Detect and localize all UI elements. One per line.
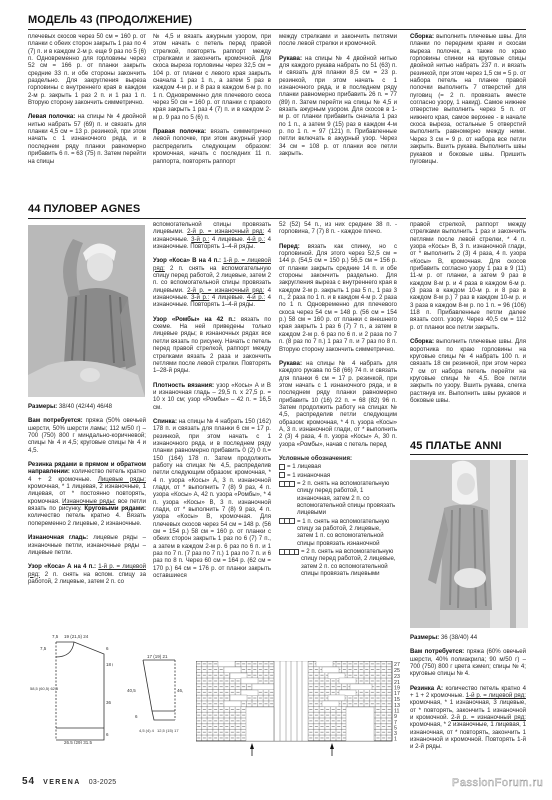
model45-photo bbox=[410, 460, 528, 628]
materials: Вам потребуется: пряжа (60% овечьей шерс… bbox=[410, 648, 526, 677]
svg-text:1: 1 bbox=[394, 737, 397, 743]
model43-col4: Сборка: выполнить плечевые швы. Для план… bbox=[410, 33, 526, 172]
model44-title: 44 ПУЛОВЕР AGNES bbox=[28, 203, 140, 215]
svg-text:58,5 (60,5) 62,5: 58,5 (60,5) 62,5 bbox=[30, 686, 59, 691]
chart-grid: 27 25 23 21 19 17 15 13 11 9 7 5 3 1 bbox=[196, 661, 407, 757]
svg-text:36: 36 bbox=[106, 700, 112, 705]
legend: Условные обозначения: = 1 лицевая = 1 из… bbox=[279, 455, 397, 578]
svg-text:6: 6 bbox=[135, 714, 138, 719]
text-paragraph: Сборка: выполнить плечевые швы. Для план… bbox=[410, 33, 526, 165]
svg-text:40,5: 40,5 bbox=[127, 688, 136, 693]
legend-item: = 1 лицевая bbox=[279, 463, 397, 470]
section-label: Правая полочка: bbox=[153, 128, 206, 135]
model45-title: 45 ПЛАТЬЕ ANNI bbox=[410, 440, 502, 452]
sleeve-schematic: 17 (19) 21 40,5 46,5 6 4,5 (4) 4 12,5 (1… bbox=[123, 652, 183, 742]
text-paragraph: плечевых скосов через 50 см = 160 р. от … bbox=[28, 33, 146, 106]
section-label: Сборка: bbox=[410, 33, 434, 40]
legend-title: Условные обозначения: bbox=[279, 455, 397, 462]
knit-symbol-icon bbox=[279, 464, 285, 470]
model-photo-illustration bbox=[28, 225, 145, 397]
text-paragraph: правой стрелкой, раппорт между стрелками… bbox=[410, 221, 526, 331]
model44-col2: вспомогательной спицы провязать лицевыми… bbox=[153, 221, 271, 586]
gauge: Плотность вязания: узор «Косы» А и В и и… bbox=[153, 382, 271, 411]
model44-col1: Размеры: 38/40 (42/44) 46/48 Вам потребу… bbox=[28, 403, 146, 592]
section-label: Левая полочка: bbox=[28, 113, 75, 120]
legend-item: = 2 п. снять на вспомогательную спицу пе… bbox=[279, 548, 397, 577]
text-paragraph: Левая полочка: на спицы № 4 двойной нить… bbox=[28, 113, 146, 164]
cable-cross-2x2-icon bbox=[279, 549, 299, 555]
rib-a-pattern: Резинка А: количество петель кратно 4 + … bbox=[410, 685, 526, 751]
cable-cross-back-icon bbox=[279, 518, 295, 524]
sleeves-instructions: Рукава: на спицы № 4 набрать для каждого… bbox=[279, 360, 397, 448]
reverse-stockinette: Изнаночная гладь: лицевые ряды – изнаноч… bbox=[28, 534, 146, 556]
model43-col2: № 4,5 и вязать ажурным узором, при этом … bbox=[153, 33, 271, 172]
svg-text:6: 6 bbox=[106, 646, 109, 651]
back-instructions: Спинка: на спицы № 4 набрать 150 (162) 1… bbox=[153, 418, 271, 580]
model44-photo bbox=[28, 225, 145, 397]
watermark: PassionForum.ru bbox=[452, 780, 543, 787]
legend-item: = 1 п. снять на вспомогательную спицу за… bbox=[279, 518, 397, 547]
text-paragraph: между стрелками и закончить петлями посл… bbox=[279, 33, 397, 48]
text-paragraph: Правая полочка: вязать симметрично левой… bbox=[153, 128, 271, 165]
model44-col4: правой стрелкой, раппорт между стрелками… bbox=[410, 221, 526, 411]
svg-text:7,5: 7,5 bbox=[52, 634, 59, 639]
page-number: 54 bbox=[22, 778, 35, 785]
title-rule bbox=[28, 218, 526, 219]
cable-b-pattern: Узор «Коса» В на 4 п.: 1-й р. = лицевой … bbox=[153, 257, 271, 308]
svg-text:6: 6 bbox=[106, 732, 109, 737]
cable-a-pattern: Узор «Коса» А на 4 п.: 1-й р. = лицевой … bbox=[28, 563, 146, 585]
rib-pattern: Резинка рядами в прямом и обратном напра… bbox=[28, 461, 146, 527]
sizes: Размеры: 36 (38/40) 44 bbox=[410, 634, 526, 641]
svg-text:17 (19) 21: 17 (19) 21 bbox=[147, 654, 168, 659]
purl-symbol-icon bbox=[279, 472, 285, 478]
svg-text:19 (21,5) 24: 19 (21,5) 24 bbox=[64, 634, 89, 639]
issue-number: 03-2025 bbox=[89, 779, 117, 786]
svg-text:46,5: 46,5 bbox=[177, 688, 183, 693]
svg-text:12,5 (15) 17: 12,5 (15) 17 bbox=[157, 728, 179, 733]
text-paragraph: вспомогательной спицы провязать лицевыми… bbox=[153, 221, 271, 250]
diamonds-chart: 27 25 23 21 19 17 15 13 11 9 7 5 3 1 bbox=[196, 661, 407, 757]
svg-text:18 (20) 22: 18 (20) 22 bbox=[106, 662, 113, 667]
title-rule bbox=[28, 29, 526, 30]
title-rule bbox=[410, 454, 528, 455]
body-schematic: 7,5 19 (21,5) 24 7,5 6 18 (20) 22 36 58,… bbox=[28, 632, 113, 744]
legend-item: = 1 изнаночная bbox=[279, 472, 397, 479]
page-footer: 54 VERENA 03-2025 bbox=[22, 778, 117, 786]
model43-title: МОДЕЛЬ 43 (ПРОДОЛЖЕНИЕ) bbox=[28, 14, 192, 26]
cable-cross-front-icon bbox=[279, 481, 295, 487]
diamonds-pattern: Узор «Ромбы» на 42 п.: вязать по схеме. … bbox=[153, 316, 271, 375]
text-paragraph: 52 (52) 54 п., из них средние 38 п. - го… bbox=[279, 221, 397, 236]
model43-col3: между стрелками и закончить петлями посл… bbox=[279, 33, 397, 165]
model44-col3: 52 (52) 54 п., из них средние 38 п. - го… bbox=[279, 221, 397, 578]
sizes: Размеры: 38/40 (42/44) 46/48 bbox=[28, 403, 146, 410]
materials: Вам потребуется: пряжа (50% овечьей шерс… bbox=[28, 417, 146, 454]
front-instructions: Перед: вязать как спинку, но с горловино… bbox=[279, 243, 397, 353]
legend-item: = 2 п. снять на вспомогательную спицу пе… bbox=[279, 480, 397, 517]
magazine-name: VERENA bbox=[43, 779, 81, 786]
section-label: Рукава: bbox=[279, 55, 302, 62]
svg-text:7,5: 7,5 bbox=[40, 646, 47, 651]
model-photo-illustration bbox=[410, 460, 528, 628]
text-paragraph: № 4,5 и вязать ажурным узором, при этом … bbox=[153, 33, 271, 121]
assembly-instructions: Сборка: выполнить плечевые швы. Для воро… bbox=[410, 338, 526, 404]
model43-col1: плечевых скосов через 50 см = 160 р. от … bbox=[28, 33, 146, 172]
svg-text:4,5 (4) 4: 4,5 (4) 4 bbox=[139, 728, 155, 733]
model45-col: Размеры: 36 (38/40) 44 Вам потребуется: … bbox=[410, 634, 526, 758]
text-paragraph: Рукава: на спицы № 4 двойной нитью для к… bbox=[279, 55, 397, 158]
svg-text:26,5 (29) 31,5: 26,5 (29) 31,5 bbox=[64, 740, 93, 744]
